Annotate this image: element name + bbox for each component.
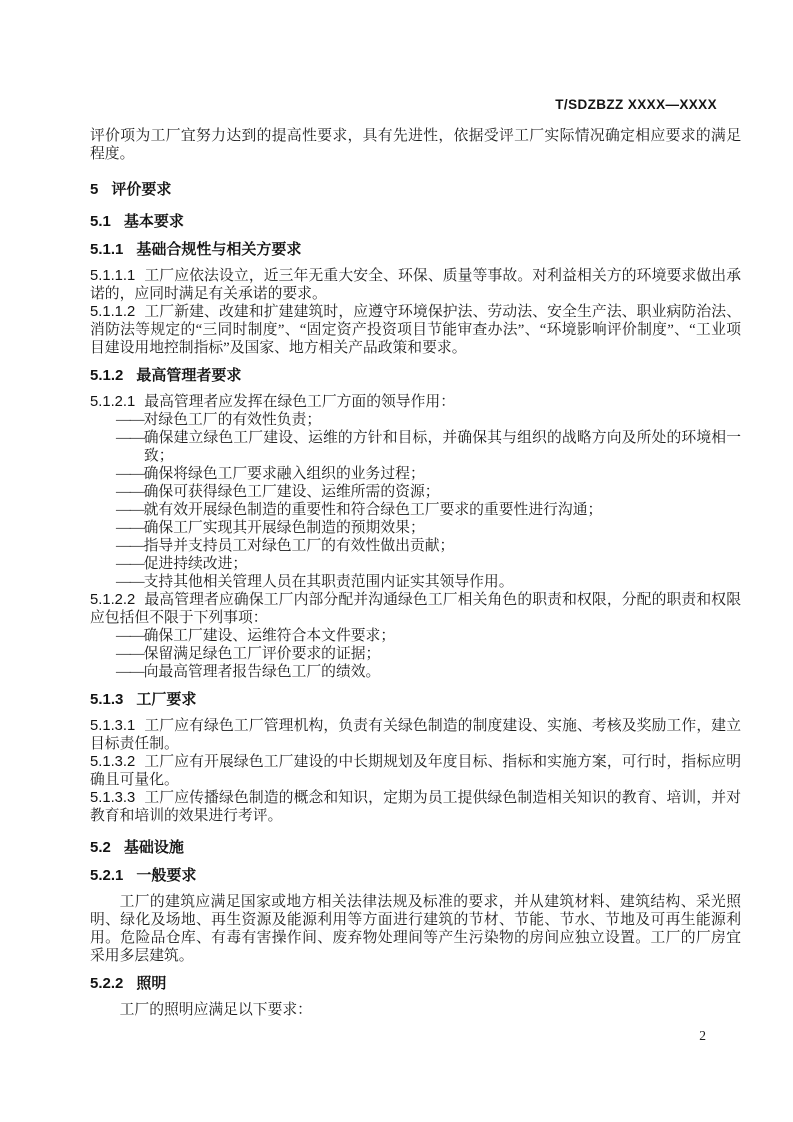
clause-5-1-1-2: 5.1.1.2工厂新建、改建和扩建建筑时，应遵守环境保护法、劳动法、安全生产法、… [90, 303, 741, 357]
clause-text: 工厂新建、改建和扩建建筑时，应遵守环境保护法、劳动法、安全生产法、职业病防治法、… [90, 304, 741, 356]
clause-5-1-3-1: 5.1.3.1工厂应有绿色工厂管理机构，负责有关绿色制造的制度建设、实施、考核及… [90, 717, 741, 753]
document-number-header: T/SDZBZZ XXXX—XXXX [90, 97, 741, 113]
heading-number: 5.1.2 [90, 367, 123, 384]
heading-5-1-1: 5.1.1基础合规性与相关方要求 [90, 241, 741, 259]
heading-5-1: 5.1基本要求 [90, 213, 741, 231]
heading-title: 工厂要求 [136, 691, 196, 708]
heading-title: 基础合规性与相关方要求 [136, 241, 301, 258]
paragraph-text: 工厂的照明应满足以下要求： [120, 1002, 312, 1018]
page-number: 2 [699, 1028, 706, 1044]
dash-item-text: 促进持续改进； [144, 556, 248, 572]
clause-5-1-3-2: 5.1.3.2工厂应有开展绿色工厂建设的中长期规划及年度目标、指标和实施方案，可… [90, 753, 741, 789]
heading-title: 基本要求 [124, 213, 184, 230]
clause-text: 最高管理者应发挥在绿色工厂方面的领导作用： [144, 394, 455, 410]
clause-text: 工厂应有绿色工厂管理机构，负责有关绿色制造的制度建设、实施、考核及奖励工作，建立… [90, 718, 741, 752]
heading-title: 最高管理者要求 [136, 367, 241, 384]
dash-item-text: 支持其他相关管理人员在其职责范围内证实其领导作用。 [144, 574, 514, 590]
dash-prefix: —— [116, 502, 144, 518]
clause-number: 5.1.2.2 [90, 592, 135, 608]
dash-item-text: 确保工厂实现其开展绿色制造的预期效果； [144, 520, 425, 536]
dash-prefix: —— [116, 646, 144, 662]
dash-prefix: —— [116, 556, 144, 572]
clause-5-1-2-2: 5.1.2.2最高管理者应确保工厂内部分配并沟通绿色工厂相关角色的职责和权限，分… [90, 591, 741, 627]
clause-text: 工厂应传播绿色制造的概念和知识，定期为员工提供绿色制造相关知识的教育、培训，并对… [90, 790, 741, 824]
heading-title: 一般要求 [136, 867, 196, 884]
paragraph: 评价项为工厂宜努力达到的提高性要求，具有先进性，依据受评工厂实际情况确定相应要求… [90, 127, 741, 163]
heading-5-2-1: 5.2.1一般要求 [90, 867, 741, 885]
dash-prefix: —— [116, 664, 144, 680]
heading-title: 评价要求 [111, 181, 171, 198]
heading-number: 5.1.3 [90, 691, 123, 708]
dash-item-text: 确保工厂建设、运维符合本文件要求； [144, 628, 396, 644]
dash-item-text: 向最高管理者报告绿色工厂的绩效。 [144, 664, 381, 680]
clause-text: 工厂应有开展绿色工厂建设的中长期规划及年度目标、指标和实施方案，可行时，指标应明… [90, 754, 741, 788]
dash-list-item: ——确保建立绿色工厂建设、运维的方针和目标，并确保其与组织的战略方向及所处的环境… [90, 429, 741, 465]
paragraph: 工厂的照明应满足以下要求： [90, 1001, 741, 1019]
clause-number: 5.1.1.2 [90, 304, 135, 320]
dash-prefix: —— [116, 574, 144, 590]
heading-number: 5.2.2 [90, 975, 123, 992]
dash-prefix: —— [116, 538, 144, 554]
heading-title: 照明 [136, 975, 166, 992]
clause-number: 5.1.2.1 [90, 394, 135, 410]
dash-item-text: 指导并支持员工对绿色工厂的有效性做出贡献； [144, 538, 455, 554]
clause-5-1-1-1: 5.1.1.1工厂应依法设立，近三年无重大安全、环保、质量等事故。对利益相关方的… [90, 267, 741, 303]
heading-5-2: 5.2基础设施 [90, 839, 741, 857]
clause-number: 5.1.3.1 [90, 718, 135, 734]
clause-number: 5.1.3.3 [90, 790, 135, 806]
clause-text: 工厂应依法设立，近三年无重大安全、环保、质量等事故。对利益相关方的环境要求做出承… [90, 268, 741, 302]
heading-title: 基础设施 [124, 839, 184, 856]
dash-list-item: ——确保将绿色工厂要求融入组织的业务过程； [90, 465, 741, 483]
clause-number: 5.1.3.2 [90, 754, 135, 770]
dash-list-item: ——指导并支持员工对绿色工厂的有效性做出贡献； [90, 537, 741, 555]
document-body: 评价项为工厂宜努力达到的提高性要求，具有先进性，依据受评工厂实际情况确定相应要求… [90, 127, 741, 1019]
dash-list-item: ——就有效开展绿色制造的重要性和符合绿色工厂要求的重要性进行沟通； [90, 501, 741, 519]
dash-prefix: —— [116, 466, 144, 482]
dash-list-item: ——对绿色工厂的有效性负责； [90, 411, 741, 429]
heading-number: 5.2 [90, 839, 111, 856]
clause-5-1-3-3: 5.1.3.3工厂应传播绿色制造的概念和知识，定期为员工提供绿色制造相关知识的教… [90, 789, 741, 825]
dash-list-item: ——向最高管理者报告绿色工厂的绩效。 [90, 663, 741, 681]
dash-list-item: ——确保工厂建设、运维符合本文件要求； [90, 627, 741, 645]
heading-number: 5.2.1 [90, 867, 123, 884]
heading-number: 5.1.1 [90, 241, 123, 258]
dash-item-text: 确保可获得绿色工厂建设、运维所需的资源； [144, 484, 440, 500]
dash-item-text: 就有效开展绿色制造的重要性和符合绿色工厂要求的重要性进行沟通； [144, 502, 603, 518]
dash-list-item: ——支持其他相关管理人员在其职责范围内证实其领导作用。 [90, 573, 741, 591]
dash-list-item: ——保留满足绿色工厂评价要求的证据； [90, 645, 741, 663]
dash-item-text: 对绿色工厂的有效性负责； [144, 412, 322, 428]
dash-list-item: ——确保工厂实现其开展绿色制造的预期效果； [90, 519, 741, 537]
dash-item-text: 确保建立绿色工厂建设、运维的方针和目标，并确保其与组织的战略方向及所处的环境相一… [144, 430, 741, 464]
dash-prefix: —— [116, 628, 144, 644]
clause-text: 最高管理者应确保工厂内部分配并沟通绿色工厂相关角色的职责和权限，分配的职责和权限… [90, 592, 741, 626]
heading-5: 5评价要求 [90, 181, 741, 199]
dash-item-text: 保留满足绿色工厂评价要求的证据； [144, 646, 381, 662]
heading-5-2-2: 5.2.2照明 [90, 975, 741, 993]
dash-list-item: ——促进持续改进； [90, 555, 741, 573]
paragraph-text: 工厂的建筑应满足国家或地方相关法律法规及标准的要求，并从建筑材料、建筑结构、采光… [90, 894, 741, 964]
heading-5-1-2: 5.1.2最高管理者要求 [90, 367, 741, 385]
paragraph-text: 评价项为工厂宜努力达到的提高性要求，具有先进性，依据受评工厂实际情况确定相应要求… [90, 128, 741, 162]
paragraph: 工厂的建筑应满足国家或地方相关法律法规及标准的要求，并从建筑材料、建筑结构、采光… [90, 893, 741, 965]
heading-number: 5.1 [90, 213, 111, 230]
dash-prefix: —— [116, 520, 144, 536]
heading-number: 5 [90, 181, 98, 198]
heading-5-1-3: 5.1.3工厂要求 [90, 691, 741, 709]
dash-list-item: ——确保可获得绿色工厂建设、运维所需的资源； [90, 483, 741, 501]
dash-prefix: —— [116, 430, 144, 446]
document-page: T/SDZBZZ XXXX—XXXX 评价项为工厂宜努力达到的提高性要求，具有先… [0, 0, 793, 1122]
dash-prefix: —— [116, 412, 144, 428]
clause-number: 5.1.1.1 [90, 268, 135, 284]
dash-prefix: —— [116, 484, 144, 500]
clause-5-1-2-1: 5.1.2.1最高管理者应发挥在绿色工厂方面的领导作用： [90, 393, 741, 411]
dash-item-text: 确保将绿色工厂要求融入组织的业务过程； [144, 466, 425, 482]
